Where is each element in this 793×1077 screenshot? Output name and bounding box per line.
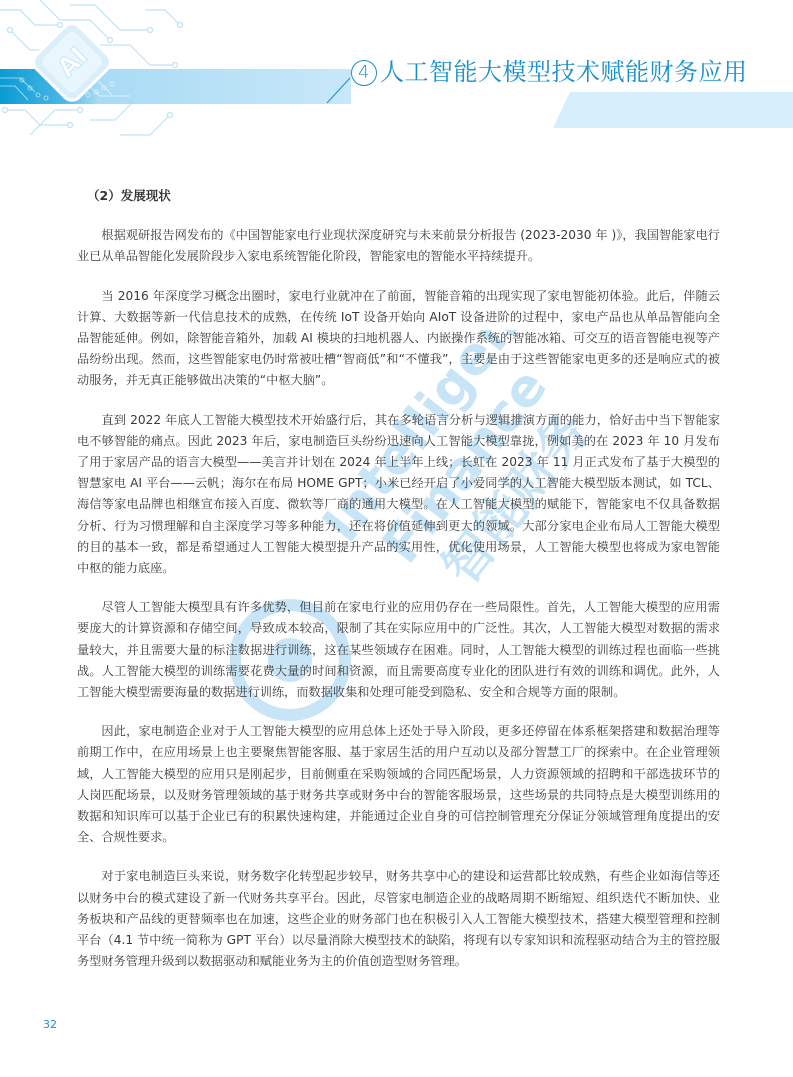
document-body: （2）发展现状 根据观研报告网发布的《中国智能家电行业现状深度研究与未来前景分析… bbox=[77, 185, 720, 991]
paragraph: 直到 2022 年底人工智能大模型技术开始盛行后，其在多轮语言分析与逻辑推演方面… bbox=[77, 410, 720, 580]
page-header: AI 4人工智能大模型技术赋能财务应用 bbox=[0, 0, 793, 140]
paragraph: 根据观研报告网发布的《中国智能家电行业现状深度研究与未来前景分析报告 (2023… bbox=[77, 225, 720, 267]
paragraph: 对于家电制造巨头来说，财务数字化转型起步较早，财务共享中心的建设和运营都比较成熟… bbox=[77, 866, 720, 972]
page-number: 32 bbox=[43, 1018, 57, 1031]
paragraph: 因此，家电制造企业对于人工智能大模型的应用总体上还处于导入阶段，更多还停留在体系… bbox=[77, 721, 720, 848]
chapter-number-badge: 4 bbox=[351, 60, 377, 86]
section-heading: （2）发展现状 bbox=[87, 185, 720, 206]
chapter-title-text: 人工智能大模型技术赋能财务应用 bbox=[380, 58, 748, 86]
paragraph: 尽管人工智能大模型具有许多优势，但目前在家电行业的应用仍存在一些局限性。首先，人… bbox=[77, 597, 720, 703]
paragraph: 当 2016 年深度学习概念出圈时，家电行业就冲在了前面，智能音箱的出现实现了家… bbox=[77, 286, 720, 392]
chapter-title: 4人工智能大模型技术赋能财务应用 bbox=[351, 57, 748, 87]
